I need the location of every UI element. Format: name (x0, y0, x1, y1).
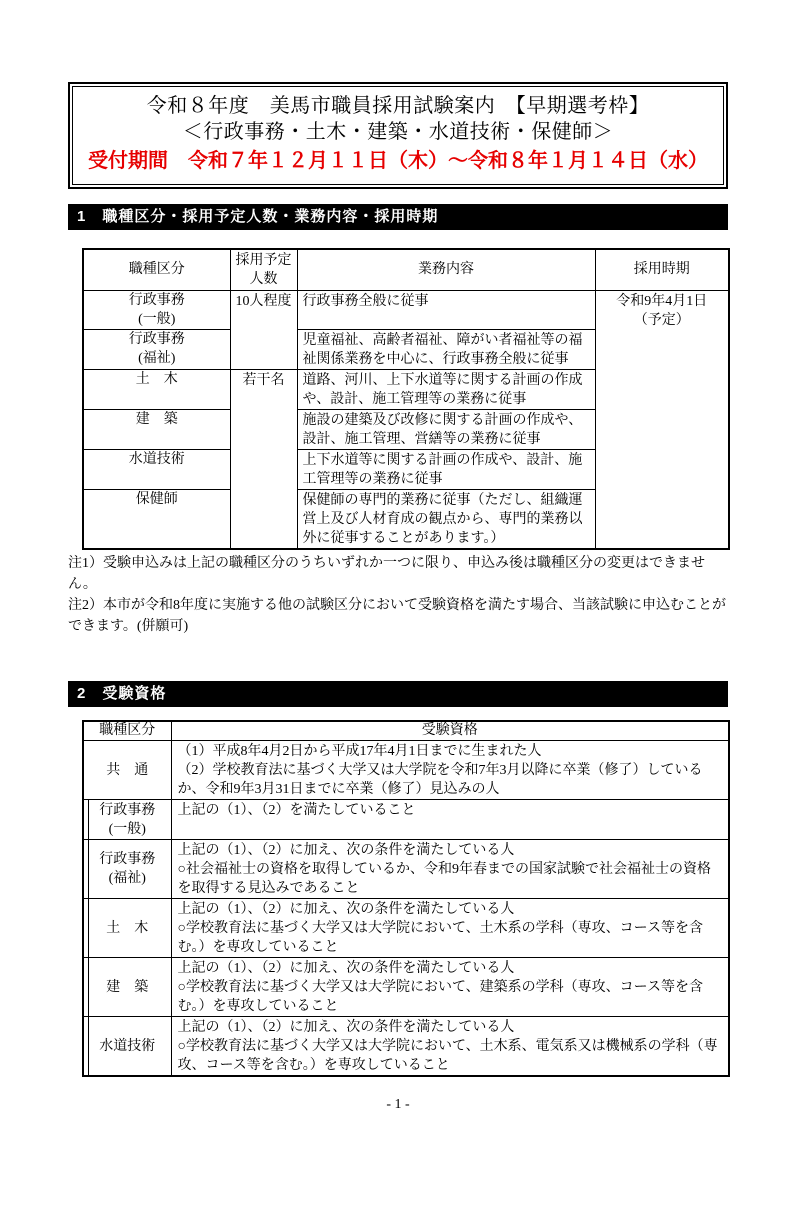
document-page: 令和８年度 美馬市職員採用試験案内 【早期選考枠】 ＜行政事務・土木・建築・水道… (68, 82, 728, 1113)
title-line-2: ＜行政事務・土木・建築・水道技術・保健師＞ (77, 119, 719, 146)
jobs-duty-admin-general: 行政事務全般に従事 (297, 290, 595, 329)
note-1: 注1）受験申込みは上記の職種区分のうちいずれか一つに限り、申込み後は職種区分の変… (68, 553, 728, 595)
jobs-category-nurse: 保健師 (83, 489, 230, 549)
title-line-1: 令和８年度 美馬市職員採用試験案内 【早期選考枠】 (77, 93, 719, 119)
eligibility-requirement-admin-welfare: 上記の（1）、（2）に加え、次の条件を満たしている人 ○社会福祉士の資格を取得し… (171, 840, 729, 899)
jobs-category-architecture: 建 築 (83, 409, 230, 449)
eligibility-category-civil: 土 木 (83, 899, 171, 958)
jobs-duty-admin-welfare: 児童福祉、高齢者福祉、障がい者福祉等の福祉関係業務を中心に、行政事務全般に従事 (297, 329, 595, 369)
table-row: 行政事務 (一般) 上記の（1）、（2）を満たしていること (83, 800, 729, 840)
jobs-quota-admin: 10人程度 (230, 290, 297, 369)
jobs-duty-nurse: 保健師の専門的業務に従事（ただし、組織運営上及び人材育成の観点から、専門的業務以… (297, 489, 595, 549)
eligibility-requirement-architecture: 上記の（1）、（2）に加え、次の条件を満たしている人 ○学校教育法に基づく大学又… (171, 958, 729, 1017)
title-box: 令和８年度 美馬市職員採用試験案内 【早期選考枠】 ＜行政事務・土木・建築・水道… (68, 82, 728, 189)
jobs-header-quota: 採用予定 人数 (230, 249, 297, 290)
table-row: 共 通 （1）平成8年4月2日から平成17年4月1日までに生まれた人 （2）学校… (83, 741, 729, 800)
jobs-duty-architecture: 施設の建築及び改修に関する計画の作成や、設計、施工管理、営繕等の業務に従事 (297, 409, 595, 449)
jobs-category-waterworks: 水道技術 (83, 449, 230, 489)
section2-heading-text: 2 受験資格 (77, 685, 166, 702)
table-row: 行政事務 (一般) 10人程度 行政事務全般に従事 令和9年4月1日 （予定） (83, 290, 729, 329)
eligibility-category-common: 共 通 (83, 741, 171, 800)
title-box-inner: 令和８年度 美馬市職員採用試験案内 【早期選考枠】 ＜行政事務・土木・建築・水道… (72, 86, 724, 185)
jobs-category-admin-welfare: 行政事務 (福祉) (83, 329, 230, 369)
jobs-header-timing: 採用時期 (595, 249, 729, 290)
eligibility-requirement-waterworks: 上記の（1）、（2）に加え、次の条件を満たしている人 ○学校教育法に基づく大学又… (171, 1017, 729, 1077)
jobs-header-duty: 業務内容 (297, 249, 595, 290)
eligibility-requirement-civil: 上記の（1）、（2）に加え、次の条件を満たしている人 ○学校教育法に基づく大学又… (171, 899, 729, 958)
eligibility-category-waterworks: 水道技術 (83, 1017, 171, 1077)
jobs-table: 職種区分 採用予定 人数 業務内容 採用時期 行政事務 (一般) 10人程度 行… (82, 248, 730, 550)
section2-heading-bar: 2 受験資格 (68, 681, 728, 707)
table-row: 建 築 上記の（1）、（2）に加え、次の条件を満たしている人 ○学校教育法に基づ… (83, 958, 729, 1017)
section1-heading-text: 1 職種区分・採用予定人数・業務内容・採用時期 (77, 208, 438, 225)
page-number: - 1 - (68, 1097, 728, 1113)
note-2: 注2）本市が令和8年度に実施する他の試験区分において受験資格を満たす場合、当該試… (68, 595, 728, 637)
jobs-category-admin-general: 行政事務 (一般) (83, 290, 230, 329)
table-row: 土 木 上記の（1）、（2）に加え、次の条件を満たしている人 ○学校教育法に基づ… (83, 899, 729, 958)
eligibility-requirement-admin-general: 上記の（1）、（2）を満たしていること (171, 800, 729, 840)
jobs-duty-waterworks: 上下水道等に関する計画の作成や、設計、施工管理等の業務に従事 (297, 449, 595, 489)
jobs-timing: 令和9年4月1日 （予定） (595, 290, 729, 549)
eligibility-category-admin-general: 行政事務 (一般) (83, 800, 171, 840)
eligibility-header-category: 職種区分 (83, 721, 171, 741)
section1-notes: 注1）受験申込みは上記の職種区分のうちいずれか一つに限り、申込み後は職種区分の変… (68, 553, 728, 637)
eligibility-header-row: 職種区分 受験資格 (83, 721, 729, 741)
eligibility-category-admin-welfare: 行政事務 (福祉) (83, 840, 171, 899)
jobs-header-category: 職種区分 (83, 249, 230, 290)
jobs-quota-few: 若干名 (230, 369, 297, 549)
eligibility-header-requirement: 受験資格 (171, 721, 729, 741)
jobs-category-civil: 土 木 (83, 369, 230, 409)
application-period-line: 受付期間 令和７年１２月１１日（木）～令和８年１月１４日（水） (77, 146, 719, 176)
jobs-duty-civil: 道路、河川、上下水道等に関する計画の作成や、設計、施工管理等の業務に従事 (297, 369, 595, 409)
table-row: 水道技術 上記の（1）、（2）に加え、次の条件を満たしている人 ○学校教育法に基… (83, 1017, 729, 1077)
section1-heading-bar: 1 職種区分・採用予定人数・業務内容・採用時期 (68, 204, 728, 230)
eligibility-table: 職種区分 受験資格 共 通 （1）平成8年4月2日から平成17年4月1日までに生… (82, 720, 730, 1078)
eligibility-requirement-common: （1）平成8年4月2日から平成17年4月1日までに生まれた人 （2）学校教育法に… (171, 741, 729, 800)
jobs-header-row: 職種区分 採用予定 人数 業務内容 採用時期 (83, 249, 729, 290)
eligibility-category-architecture: 建 築 (83, 958, 171, 1017)
table-row: 行政事務 (福祉) 上記の（1）、（2）に加え、次の条件を満たしている人 ○社会… (83, 840, 729, 899)
